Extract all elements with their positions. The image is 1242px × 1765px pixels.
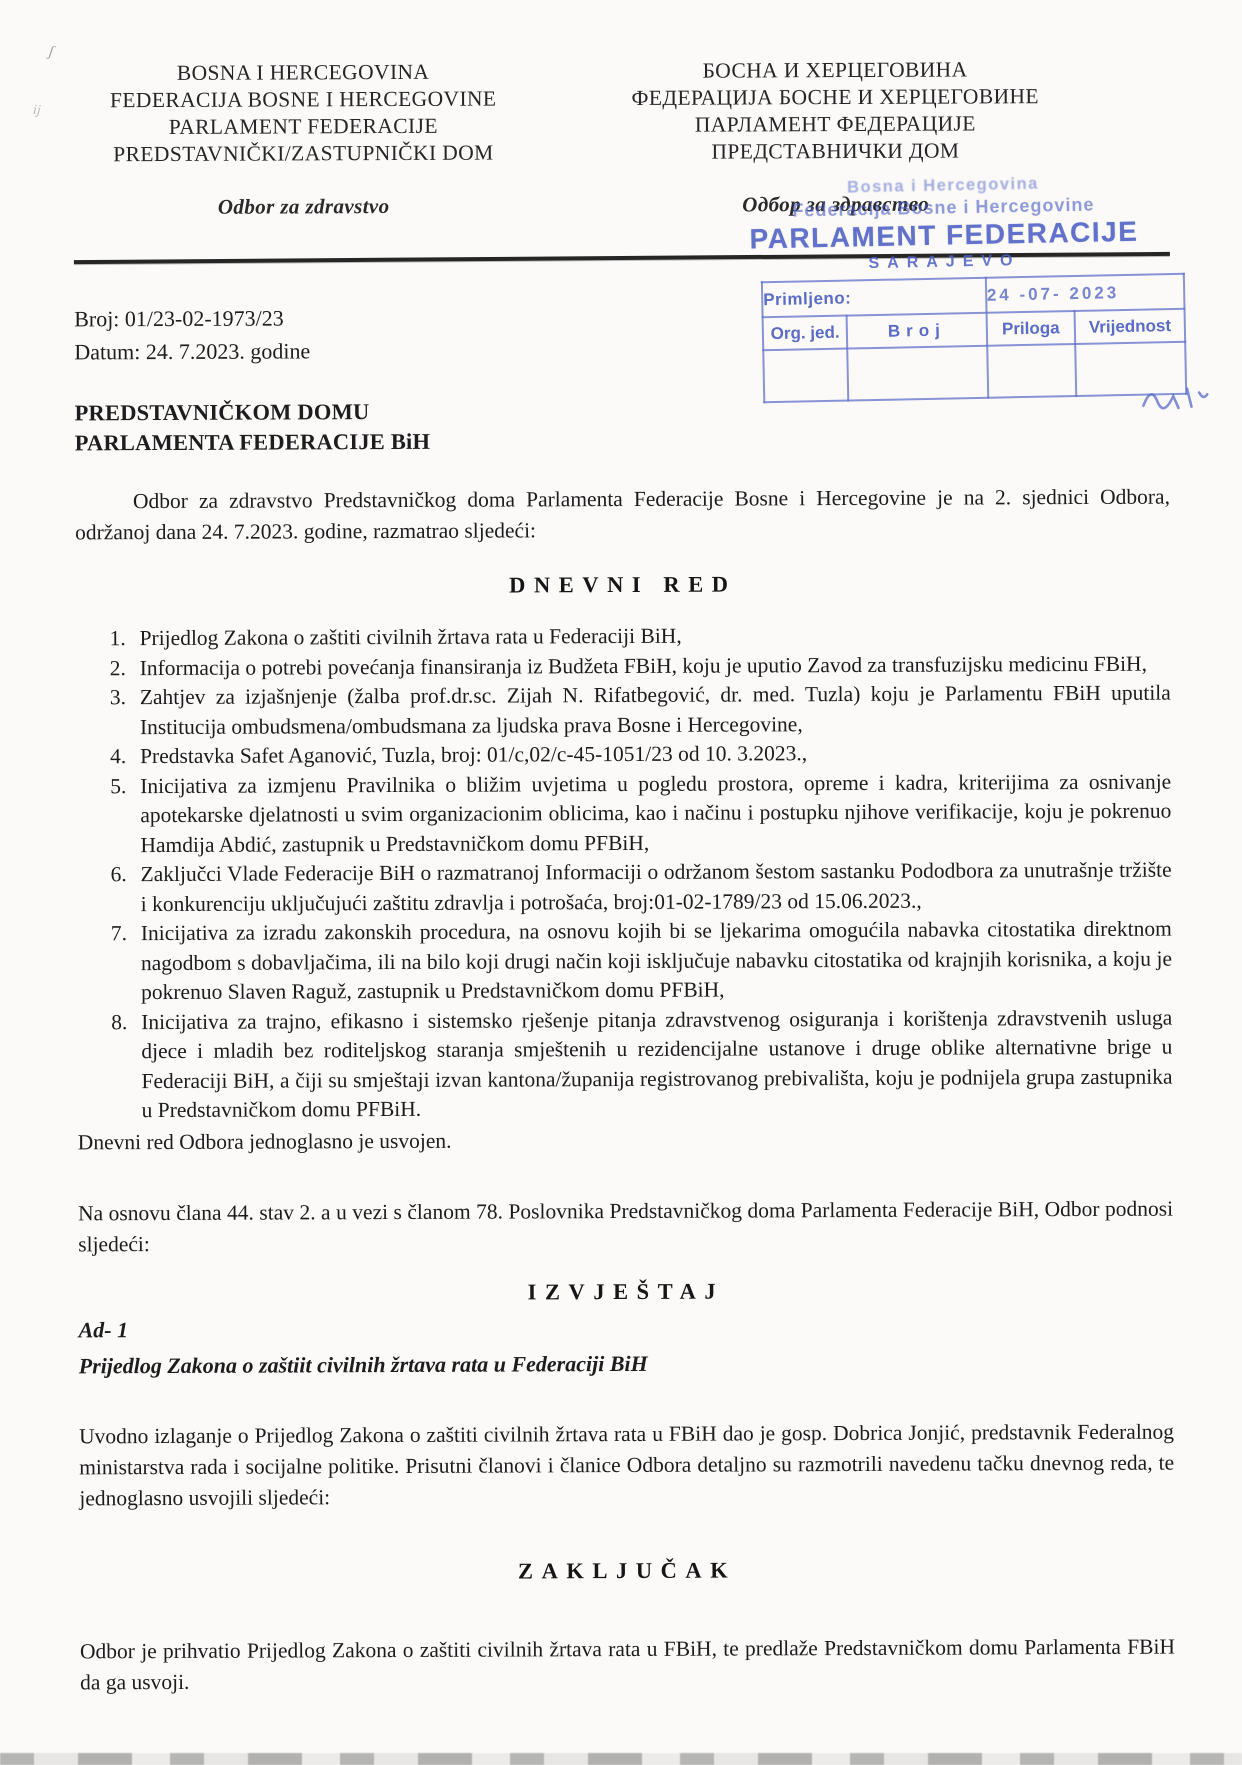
agenda-item: Zahtjev za izjašnjenje (žalba prof.dr.sc…: [76, 679, 1171, 743]
committee-name-latin: Odbor za zdravstvo: [74, 192, 534, 221]
agenda-item: Inicijativa za trajno, efikasno i sistem…: [77, 1003, 1173, 1126]
recipient-line: PARLAMENTA FEDERACIJE BiH: [75, 424, 1170, 459]
letterhead-line: BOSNA I HERCEGOVINA: [73, 58, 533, 87]
agenda-item: Informacija o potrebi povećanja finansir…: [76, 649, 1171, 683]
agenda-title: DNEVNI RED: [75, 570, 1170, 601]
recipient-block: PREDSTAVNIČKOM DOMU PARLAMENTA FEDERACIJ…: [75, 394, 1170, 459]
stamp-title: PARLAMENT FEDERACIJE: [688, 214, 1201, 256]
agenda-adopted-note: Dnevni red Odbora jednoglasno je usvojen…: [78, 1122, 1173, 1158]
agenda-item: Inicijativa za izmjenu Pravilnika o bliž…: [76, 767, 1171, 860]
agenda-item: Zaključci Vlade Federacije BiH o razmatr…: [77, 856, 1172, 920]
ad1-label: Ad- 1: [79, 1311, 1174, 1346]
agenda-list: Prijedlog Zakona o zaštiti civilnih žrta…: [75, 620, 1172, 1126]
scanner-edge-artifact: [0, 1753, 1242, 1765]
letterhead-line: ФЕДЕРАЦИЈА БОСНЕ И ХЕРЦЕГОВИНЕ: [555, 83, 1115, 112]
legal-basis-paragraph: Na osnovu člana 44. stav 2. a u vezi s č…: [78, 1193, 1173, 1260]
reference-date: Datum: 24. 7.2023. godine: [74, 331, 1169, 369]
ad1-paragraph: Uvodno izlaganje o Prijedlog Zakona o za…: [79, 1417, 1174, 1515]
letterhead-left: BOSNA I HERCEGOVINA FEDERACIJA BOSNE I H…: [73, 58, 533, 168]
scanned-document-page: ʃ ij BOSNA I HERCEGOVINA FEDERACIJA BOSN…: [0, 0, 1242, 1765]
agenda-item: Inicijativa za izradu zakonskih procedur…: [77, 915, 1172, 1008]
reference-number: Broj: 01/23-02-1973/23: [74, 298, 1169, 336]
agenda-item: Prijedlog Zakona o zaštiti civilnih žrta…: [75, 620, 1170, 654]
letterhead-line: FEDERACIJA BOSNE I HERCEGOVINE: [73, 85, 533, 114]
recipient-line: PREDSTAVNIČKOM DOMU: [75, 394, 1170, 429]
report-title: IZVJEŠTAJ: [78, 1277, 1173, 1308]
reference-block: Broj: 01/23-02-1973/23 Datum: 24. 7.2023…: [74, 298, 1169, 369]
letterhead-right: БОСНА И ХЕРЦЕГОВИНА ФЕДЕРАЦИЈА БОСНЕ И Х…: [555, 56, 1115, 166]
conclusion-paragraph: Odbor je prihvatio Prijedlog Zakona o za…: [80, 1632, 1175, 1699]
document-content: BOSNA I HERCEGOVINA FEDERACIJA BOSNE I H…: [0, 0, 1242, 1699]
committee-name-cyrillic: Одбор за здравство: [556, 190, 1116, 219]
intro-paragraph: Odbor za zdravstvo Predstavničkog doma P…: [75, 482, 1170, 549]
letterhead-line: PREDSTAVNIČKI/ZASTUPNIČKI DOM: [73, 139, 533, 168]
letterhead-line: ПАРЛАМЕНТ ФЕДЕРАЦИЈЕ: [555, 110, 1115, 139]
letterhead-line: ПРЕДСТАВНИЧКИ ДОМ: [555, 137, 1115, 166]
committee-row: Odbor za zdravstvo Одбор за здравство: [74, 190, 1169, 222]
letterhead-line: PARLAMENT FEDERACIJE: [73, 112, 533, 141]
agenda-item: Predstavka Safet Aganović, Tuzla, broj: …: [76, 738, 1171, 772]
ad1-subject: Prijedlog Zakona o zaštiit civilnih žrta…: [79, 1345, 1174, 1384]
conclusion-title: ZAKLJUČAK: [80, 1556, 1175, 1587]
letterhead: BOSNA I HERCEGOVINA FEDERACIJA BOSNE I H…: [73, 56, 1168, 169]
letterhead-line: БОСНА И ХЕРЦЕГОВИНА: [555, 56, 1115, 85]
header-divider: [74, 252, 1170, 264]
